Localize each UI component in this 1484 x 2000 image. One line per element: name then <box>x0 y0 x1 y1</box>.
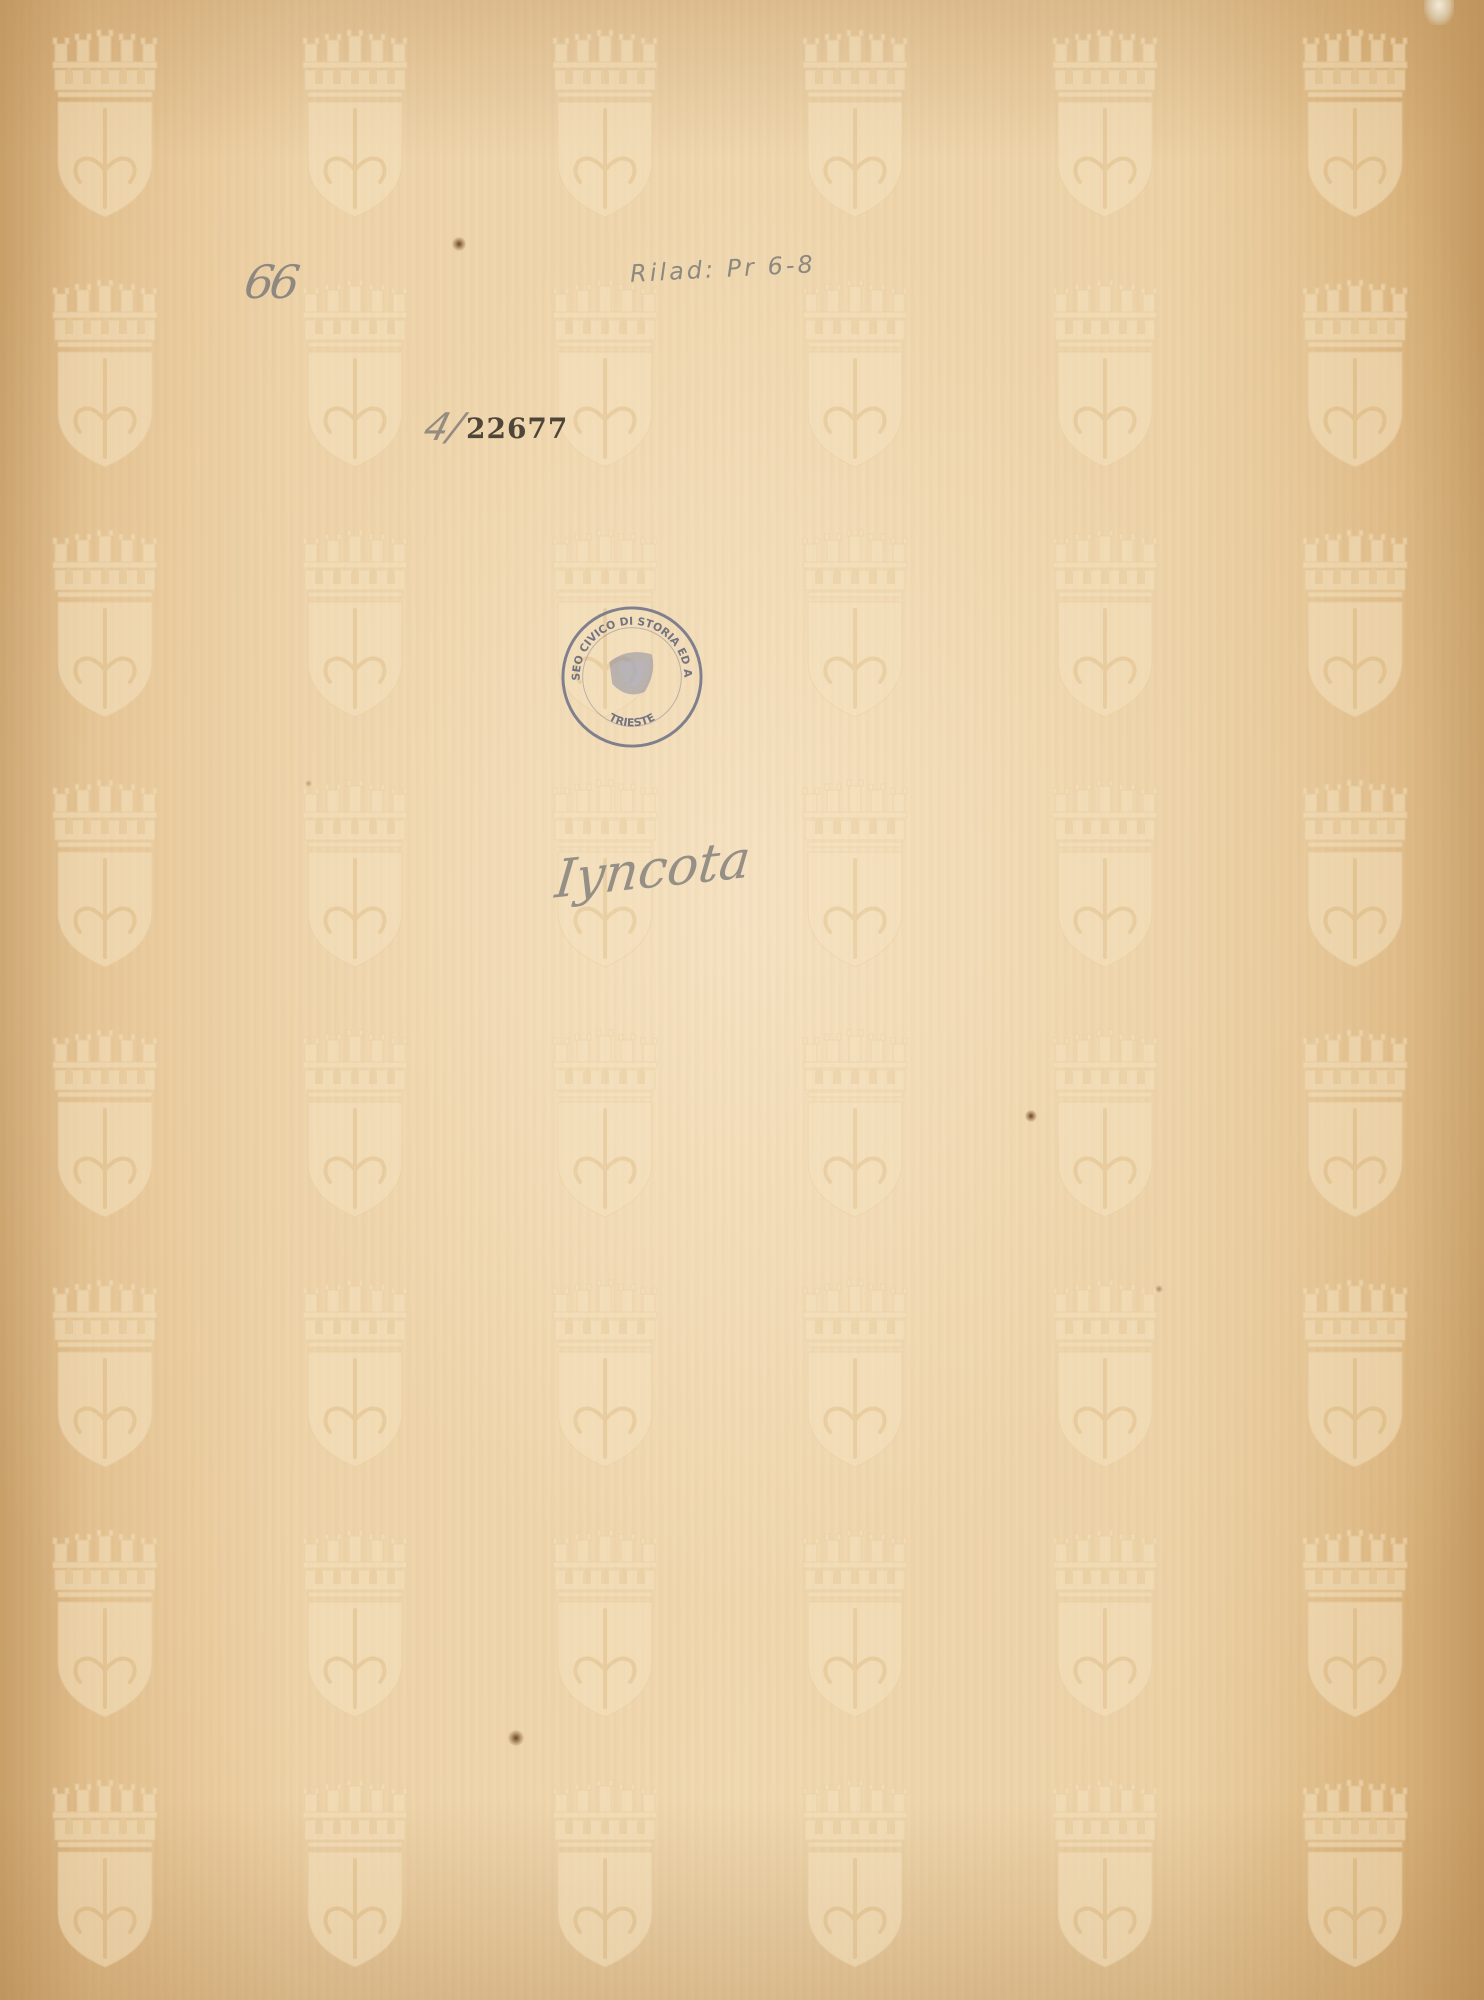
trieste-coat-of-arms-icon <box>50 772 160 972</box>
trieste-coat-of-arms-icon <box>300 1022 410 1222</box>
trieste-coat-of-arms-icon <box>1050 772 1160 972</box>
inventory-number: 4/ 22677 <box>425 405 568 449</box>
trieste-coat-of-arms-icon <box>800 1022 910 1222</box>
trieste-coat-of-arms-icon <box>550 22 660 222</box>
trieste-coat-of-arms-icon <box>1300 1522 1410 1722</box>
inventory-prefix: 4/ <box>419 405 468 449</box>
document-sheet: 66 Rilad: Pr 6-8 4/ 22677 MUSEO CIVICO D… <box>0 0 1484 2000</box>
foxing-spot <box>1025 1110 1037 1122</box>
trieste-coat-of-arms-icon <box>300 1772 410 1972</box>
trieste-coat-of-arms-icon <box>800 522 910 722</box>
museum-stamp-icon: MUSEO CIVICO DI STORIA ED ARTE TRIESTE <box>558 603 706 751</box>
trieste-coat-of-arms-icon <box>300 522 410 722</box>
trieste-coat-of-arms-icon <box>50 22 160 222</box>
trieste-coat-of-arms-icon <box>300 772 410 972</box>
trieste-coat-of-arms-icon <box>50 272 160 472</box>
trieste-coat-of-arms-icon <box>800 1772 910 1972</box>
trieste-coat-of-arms-icon <box>50 1272 160 1472</box>
corner-tear <box>1424 0 1454 25</box>
trieste-coat-of-arms-icon <box>1300 522 1410 722</box>
trieste-coat-of-arms-icon <box>550 1272 660 1472</box>
trieste-coat-of-arms-icon <box>1300 272 1410 472</box>
trieste-coat-of-arms-icon <box>550 1022 660 1222</box>
trieste-coat-of-arms-icon <box>1050 22 1160 222</box>
svg-text:TRIESTE: TRIESTE <box>607 711 657 730</box>
trieste-coat-of-arms-icon <box>800 22 910 222</box>
trieste-coat-of-arms-icon <box>1050 1272 1160 1472</box>
trieste-coat-of-arms-icon <box>800 1522 910 1722</box>
trieste-coat-of-arms-icon <box>800 772 910 972</box>
trieste-coat-of-arms-icon <box>50 1772 160 1972</box>
trieste-coat-of-arms-icon <box>300 1522 410 1722</box>
trieste-coat-of-arms-icon <box>1300 1022 1410 1222</box>
trieste-coat-of-arms-icon <box>1050 272 1160 472</box>
trieste-coat-of-arms-icon <box>300 272 410 472</box>
foxing-spot <box>305 780 312 787</box>
trieste-coat-of-arms-icon <box>550 1772 660 1972</box>
trieste-coat-of-arms-icon <box>800 1272 910 1472</box>
trieste-coat-of-arms-icon <box>50 1022 160 1222</box>
handwritten-signature: Iyncota <box>552 829 753 910</box>
foxing-spot <box>452 237 466 251</box>
trieste-coat-of-arms-icon <box>1300 1772 1410 1972</box>
trieste-coat-of-arms-icon <box>550 1522 660 1722</box>
inventory-number-value: 22677 <box>466 412 568 449</box>
trieste-coat-of-arms-icon <box>50 1522 160 1722</box>
watermark-grid <box>0 0 1484 2000</box>
trieste-coat-of-arms-icon <box>300 22 410 222</box>
trieste-coat-of-arms-icon <box>1300 772 1410 972</box>
trieste-coat-of-arms-icon <box>1050 1772 1160 1972</box>
trieste-coat-of-arms-icon <box>1300 22 1410 222</box>
page-number-note: 66 <box>241 255 299 309</box>
trieste-coat-of-arms-icon <box>1050 1522 1160 1722</box>
stamp-text-bottom: TRIESTE <box>607 711 657 730</box>
trieste-coat-of-arms-icon <box>50 522 160 722</box>
trieste-coat-of-arms-icon <box>800 272 910 472</box>
trieste-coat-of-arms-icon <box>300 1272 410 1472</box>
foxing-spot <box>1155 1285 1163 1293</box>
trieste-coat-of-arms-icon <box>1300 1272 1410 1472</box>
foxing-spot <box>508 1730 524 1746</box>
reference-note: Rilad: Pr 6-8 <box>629 250 816 288</box>
trieste-coat-of-arms-icon <box>1050 1022 1160 1222</box>
trieste-coat-of-arms-icon <box>1050 522 1160 722</box>
